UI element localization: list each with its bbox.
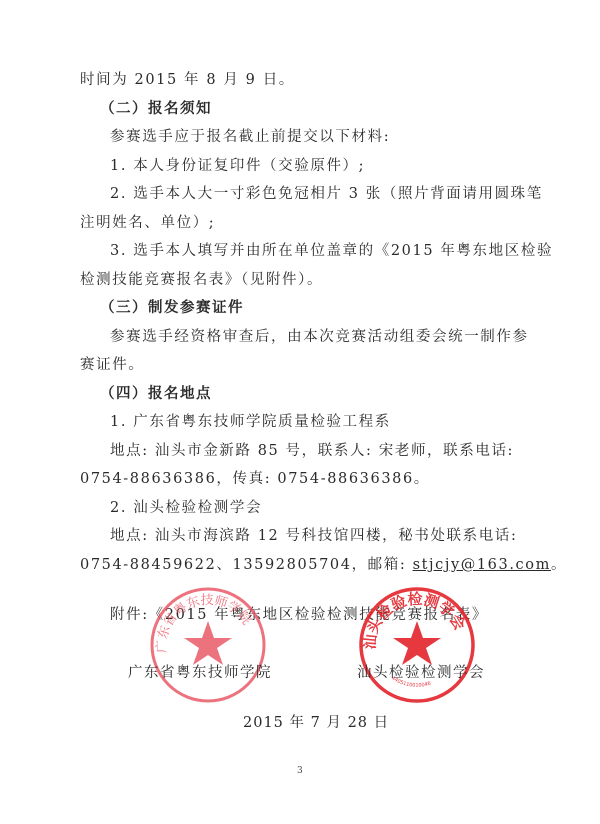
paragraph-line: 时间为 2015 年 8 月 9 日。 bbox=[80, 70, 530, 90]
paragraph-line: 参赛选手经资格审查后，由本次竞赛活动组委会统一制作参 bbox=[110, 327, 560, 347]
section-heading-registration-notice: （二）报名须知 bbox=[100, 99, 550, 119]
location-2-address: 地点: 汕头市海滨路 12 号科技馆四楼，秘书处联系电话: bbox=[110, 526, 560, 546]
seal-star-icon: 广东省粤东技师学院 bbox=[148, 585, 268, 705]
paragraph-line: 参赛选手应于报名截止前提交以下材料: bbox=[110, 127, 560, 147]
signatory-association: 汕头检验检测学会 bbox=[357, 661, 485, 682]
page-number: 3 bbox=[297, 766, 303, 776]
paragraph-line: 赛证件。 bbox=[80, 355, 530, 375]
list-item-3: 3. 选手本人填写并由所在单位盖章的《2015 年粤东地区检验 bbox=[110, 241, 560, 261]
document-page: 时间为 2015 年 8 月 9 日。 （二）报名须知 参赛选手应于报名截止前提… bbox=[0, 0, 600, 824]
list-item-2-cont: 注明姓名、单位）; bbox=[80, 213, 530, 233]
punctuation: 。 bbox=[551, 557, 567, 573]
location-1-name: 1. 广东省粤东技师学院质量检验工程系 bbox=[110, 412, 560, 432]
contact-phones: 0754-88459622、13592805704，邮箱: bbox=[80, 557, 413, 573]
location-1-address: 地点: 汕头市金新路 85 号，联系人: 宋老师，联系电话: bbox=[110, 441, 560, 461]
list-item-2: 2. 选手本人大一寸彩色免冠相片 3 张（照片背面请用圆珠笔 bbox=[110, 184, 560, 204]
document-date: 2015 年 7 月 28 日 bbox=[243, 711, 389, 732]
location-1-phone: 0754-88636386，传真: 0754-88636386。 bbox=[80, 469, 530, 489]
email-link[interactable]: stjcjy@163.com bbox=[413, 557, 551, 573]
location-2-contact: 0754-88459622、13592805704，邮箱: stjcjy@163… bbox=[80, 555, 530, 575]
section-heading-certificates: （三）制发参赛证件 bbox=[100, 298, 550, 318]
official-seal-association: 汕头检验检测学会 4405110010046 bbox=[357, 585, 477, 705]
signatory-school: 广东省粤东技师学院 bbox=[128, 661, 272, 682]
seal-star-icon: 汕头检验检测学会 4405110010046 bbox=[357, 585, 477, 705]
location-2-name: 2. 汕头检验检测学会 bbox=[110, 498, 560, 518]
list-item-3-cont: 检测技能竞赛报名表》（见附件）。 bbox=[80, 270, 530, 290]
list-item-1: 1. 本人身份证复印件（交验原件）; bbox=[110, 156, 560, 176]
section-heading-location: （四）报名地点 bbox=[100, 384, 550, 404]
official-seal-school: 广东省粤东技师学院 bbox=[148, 585, 268, 705]
